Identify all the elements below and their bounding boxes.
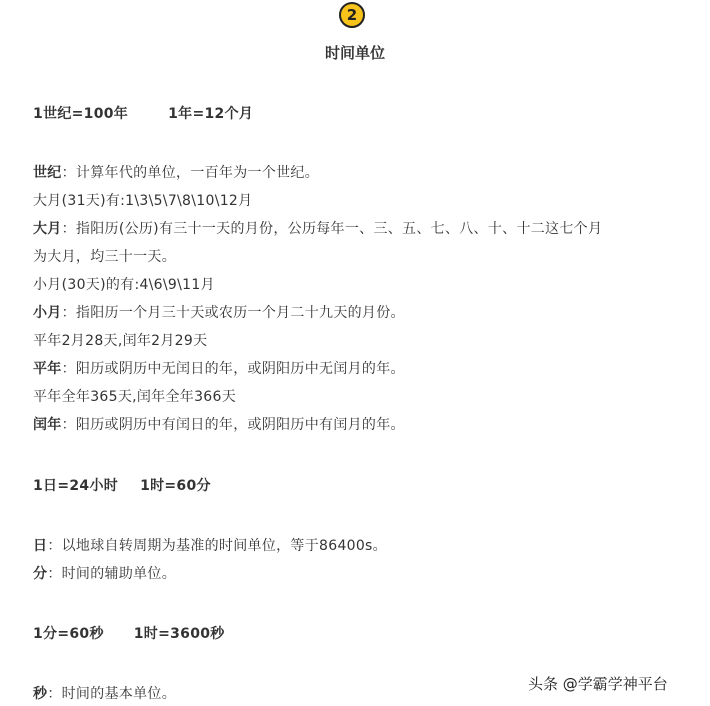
definition-century: 世纪：计算年代的单位，一百年为一个世纪。 bbox=[33, 162, 319, 182]
formula-hour: 1时=60分 bbox=[140, 478, 211, 494]
small-month-list: 小月(30天)的有:4\6\9\11月 bbox=[33, 274, 215, 294]
term-second: 秒 bbox=[33, 686, 47, 702]
formula-century-year: 1世纪=100年1年=12个月 bbox=[33, 103, 253, 123]
term-century: 世纪 bbox=[33, 165, 62, 181]
big-month-list: 大月(31天)有:1\3\5\7\8\10\12月 bbox=[33, 190, 252, 210]
term-leap-year: 闰年 bbox=[33, 417, 62, 433]
section-number-badge: 2 bbox=[339, 2, 365, 28]
separator: ： bbox=[47, 686, 61, 702]
section-title: 时间单位 bbox=[0, 42, 710, 63]
separator: ： bbox=[62, 417, 76, 433]
formula-century: 1世纪=100年 bbox=[33, 106, 128, 122]
formula-minute: 1分=60秒 bbox=[33, 626, 104, 642]
def-minute: 时间的辅助单位。 bbox=[62, 566, 176, 582]
definition-second: 秒：时间的基本单位。 bbox=[33, 683, 176, 703]
def-big-month-1: 指阳历(公历)有三十一天的月份，公历每年一、三、五、七、八、十、十二这七个月 bbox=[76, 221, 602, 237]
formula-minute-second: 1分=60秒1时=3600秒 bbox=[33, 623, 225, 643]
def-common-year: 阳历或阴历中无闰日的年，或阴阳历中无闰月的年。 bbox=[76, 361, 405, 377]
feb-days: 平年2月28天,闰年2月29天 bbox=[33, 330, 207, 350]
separator: ： bbox=[62, 361, 76, 377]
year-days: 平年全年365天,闰年全年366天 bbox=[33, 386, 236, 406]
def-small-month: 指阳历一个月三十天或农历一个月二十九天的月份。 bbox=[76, 305, 405, 321]
def-big-month-2: 为大月，均三十一天。 bbox=[33, 246, 176, 266]
term-small-month: 小月 bbox=[33, 305, 62, 321]
definition-small-month: 小月：指阳历一个月三十天或农历一个月二十九天的月份。 bbox=[33, 302, 405, 322]
definition-minute: 分：时间的辅助单位。 bbox=[33, 563, 176, 583]
definition-leap-year: 闰年：阳历或阴历中有闰日的年，或阴阳历中有闰月的年。 bbox=[33, 414, 405, 434]
formula-day-hour: 1日=24小时1时=60分 bbox=[33, 475, 211, 495]
watermark: 头条 @学霸学神平台 bbox=[528, 673, 668, 694]
def-day: 以地球自转周期为基准的时间单位，等于86400s。 bbox=[62, 538, 387, 554]
definition-big-month: 大月：指阳历(公历)有三十一天的月份，公历每年一、三、五、七、八、十、十二这七个… bbox=[33, 218, 602, 238]
def-second: 时间的基本单位。 bbox=[62, 686, 176, 702]
separator: ： bbox=[62, 221, 76, 237]
separator: ： bbox=[47, 566, 61, 582]
separator: ： bbox=[62, 165, 76, 181]
separator: ： bbox=[62, 305, 76, 321]
formula-hour-seconds: 1时=3600秒 bbox=[134, 626, 225, 642]
def-leap-year: 阳历或阴历中有闰日的年，或阴阳历中有闰月的年。 bbox=[76, 417, 405, 433]
definition-common-year: 平年：阳历或阴历中无闰日的年，或阴阳历中无闰月的年。 bbox=[33, 358, 405, 378]
term-common-year: 平年 bbox=[33, 361, 62, 377]
term-minute: 分 bbox=[33, 566, 47, 582]
formula-day: 1日=24小时 bbox=[33, 478, 118, 494]
term-big-month: 大月 bbox=[33, 221, 62, 237]
formula-year: 1年=12个月 bbox=[168, 106, 253, 122]
separator: ： bbox=[47, 538, 61, 554]
definition-day: 日：以地球自转周期为基准的时间单位，等于86400s。 bbox=[33, 535, 387, 555]
def-century: 计算年代的单位，一百年为一个世纪。 bbox=[76, 165, 319, 181]
term-day: 日 bbox=[33, 538, 47, 554]
